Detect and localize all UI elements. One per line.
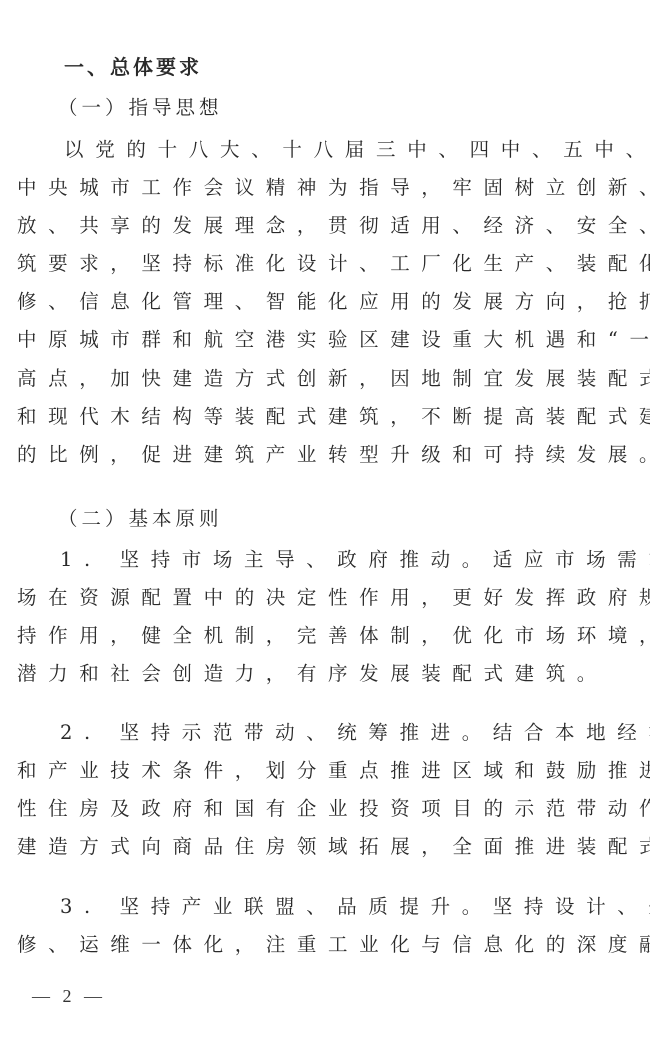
paragraph-line: 1. 坚持市场主导、政府推动。适应市场需求，充分发挥市 — [60, 541, 650, 579]
paragraph-line: 高点，加快建造方式创新，因地制宜发展装配式混凝土、钢结构 — [17, 360, 637, 398]
section-heading: 一、总体要求 — [64, 48, 650, 86]
paragraph-line: 中原城市群和航空港实验区建设重大机遇和“一带一路”战略制 — [17, 321, 637, 359]
paragraph-line: 2. 坚持示范带动、统筹推进。结合本地经济社会发展状况 — [60, 714, 650, 752]
paragraph-line: 的比例，促进建筑产业转型升级和可持续发展。 — [17, 436, 637, 474]
paragraph-line: 场在资源配置中的决定性作用，更好发挥政府规划引导和政策支 — [17, 579, 637, 617]
paragraph-line: 放、共享的发展理念，贯彻适用、经济、安全、绿色、美观的建 — [17, 207, 637, 245]
page-number: — 2 — — [32, 986, 106, 1007]
paragraph-line: 中央城市工作会议精神为指导，牢固树立创新、协调、绿色、开 — [17, 169, 637, 207]
paragraph-line: 修、运维一体化，注重工业化与信息化的深度融合，优化产业布 — [17, 926, 637, 964]
paragraph-line: 建造方式向商品住房领域拓展，全面推进装配式建筑健康发展。 — [17, 828, 637, 866]
paragraph-line: 性住房及政府和国有企业投资项目的示范带动作用，推动装配式 — [17, 790, 637, 828]
paragraph-line: 筑要求，坚持标准化设计、工厂化生产、装配化施工、一体化装 — [17, 245, 637, 283]
paragraph-line: 3. 坚持产业联盟、品质提升。坚持设计、生产、施工、装 — [60, 888, 650, 926]
paragraph-line: 和现代木结构等装配式建筑，不断提高装配式建筑在新建建筑中 — [17, 398, 637, 436]
document-page: 一、总体要求 （一）指导思想 以党的十八大、十八届三中、四中、五中、六中全会精神… — [0, 0, 650, 1051]
paragraph-line: 和产业技术条件，划分重点推进区域和鼓励推进区域，发挥保障 — [17, 752, 637, 790]
paragraph-line: 以党的十八大、十八届三中、四中、五中、六中全会精神和 — [64, 131, 650, 169]
subsection-heading-basic-principles: （二）基本原则 — [58, 500, 650, 538]
paragraph-line: 潜力和社会创造力，有序发展装配式建筑。 — [17, 655, 637, 693]
paragraph-line: 持作用，健全机制，完善体制，优化市场环境，激发市场活力、 — [17, 617, 637, 655]
paragraph-line: 修、信息化管理、智能化应用的发展方向，抢抓国家中心城市、 — [17, 283, 637, 321]
subsection-heading-guiding-ideology: （一）指导思想 — [58, 89, 650, 127]
